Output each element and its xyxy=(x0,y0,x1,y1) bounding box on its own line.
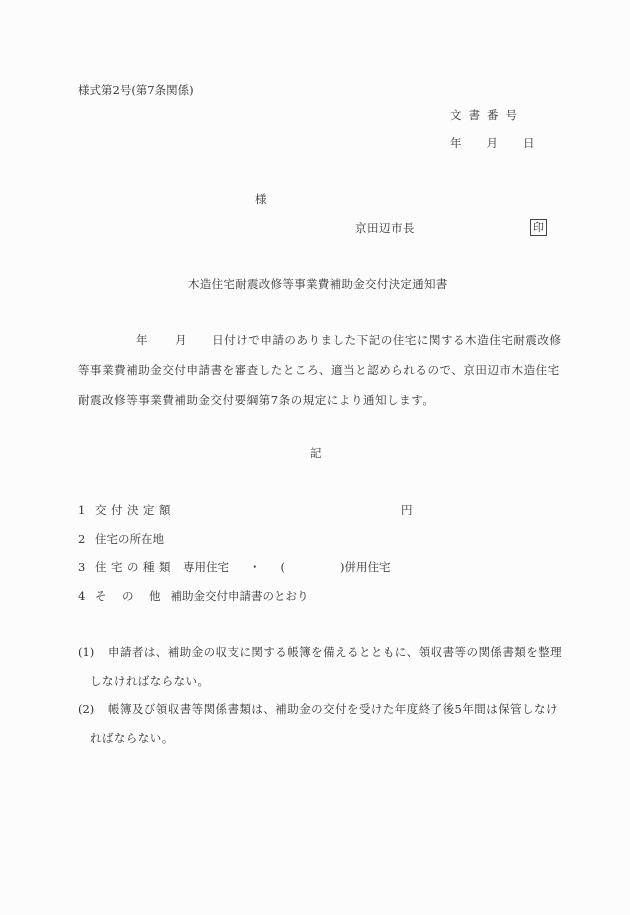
issuer-name: 京田辺市長 xyxy=(355,220,415,236)
item-list: 1交付決定額 円 2住宅の所在地 3住宅の種類専用住宅・()併用住宅 4そ の … xyxy=(78,502,391,616)
item-label: 交付決定額 xyxy=(95,503,175,517)
item-other: 4そ の 他補助金交付申請書のとおり xyxy=(78,588,391,617)
yen-suffix: 円 xyxy=(401,502,413,518)
housing-type-dedicated: 専用住宅 xyxy=(183,560,229,574)
note-text: 帳簿及び領収書等関係書類は、補助金の交付を受けた年度終了後5年間は保管しなけ xyxy=(108,702,558,716)
item-value: 補助金交付申請書のとおり xyxy=(171,589,309,603)
note-2-line-1: (2)帳簿及び領収書等関係書類は、補助金の交付を受けた年度終了後5年間は保管しな… xyxy=(78,701,563,730)
date-day-label: 日 xyxy=(523,135,535,151)
issue-date: 年月日 xyxy=(450,135,535,151)
body-line-1: 年月日付けで申請のありました下記の住宅に関する木造住宅耐震改修 xyxy=(78,332,558,362)
body-year-label: 年 xyxy=(136,333,148,347)
item-number: 3 xyxy=(78,559,95,575)
note-1-line-1: (1)申請者は、補助金の収支に関する帳簿を備えるとともに、領収書等の関係書類を整… xyxy=(78,644,563,673)
item-location: 2住宅の所在地 xyxy=(78,531,391,560)
note-2-line-2: ればならない。 xyxy=(78,730,563,759)
item-label: 住宅の種類 xyxy=(95,560,175,574)
body-line-3: 耐震改修等事業費補助金交付要綱第7条の規定により通知します。 xyxy=(78,392,558,422)
item-number: 2 xyxy=(78,531,95,547)
housing-type-mixed: )併用住宅 xyxy=(340,560,391,574)
item-number: 1 xyxy=(78,502,95,518)
document-number-label: 文書番号 xyxy=(450,107,524,123)
document-title: 木造住宅耐震改修等事業費補助金交付決定通知書 xyxy=(188,276,448,292)
ki-heading: 記 xyxy=(310,445,322,461)
addressee-honorific: 様 xyxy=(255,191,267,207)
separator-dot: ・ xyxy=(249,560,261,574)
note-marker: (2) xyxy=(78,701,108,717)
item-label: そ の 他 xyxy=(95,589,163,603)
body-month-label: 月 xyxy=(175,333,187,347)
body-line-2: 等事業費補助金交付申請書を審査したところ、適当と認められるので、京田辺市木造住宅 xyxy=(78,362,558,392)
item-decision-amount: 1交付決定額 円 xyxy=(78,502,391,531)
note-1-line-2: しなければならない。 xyxy=(78,673,563,702)
note-text: 申請者は、補助金の収支に関する帳簿を備えるとともに、領収書等の関係書類を整理 xyxy=(108,645,562,659)
date-year-label: 年 xyxy=(450,135,462,151)
body-paragraph: 年月日付けで申請のありました下記の住宅に関する木造住宅耐震改修 等事業費補助金交… xyxy=(78,332,558,422)
item-label: 住宅の所在地 xyxy=(95,532,164,546)
seal-icon: 印 xyxy=(530,219,547,236)
date-month-label: 月 xyxy=(487,135,499,151)
open-paren: ( xyxy=(281,560,286,574)
note-marker: (1) xyxy=(78,644,108,660)
body-line-1-text: 日付けで申請のありました下記の住宅に関する木造住宅耐震改修 xyxy=(212,333,561,347)
form-id: 様式第2号(第7条関係) xyxy=(78,82,194,98)
notes-section: (1)申請者は、補助金の収支に関する帳簿を備えるとともに、領収書等の関係書類を整… xyxy=(78,644,563,758)
item-housing-type: 3住宅の種類専用住宅・()併用住宅 xyxy=(78,559,391,588)
item-number: 4 xyxy=(78,588,95,604)
